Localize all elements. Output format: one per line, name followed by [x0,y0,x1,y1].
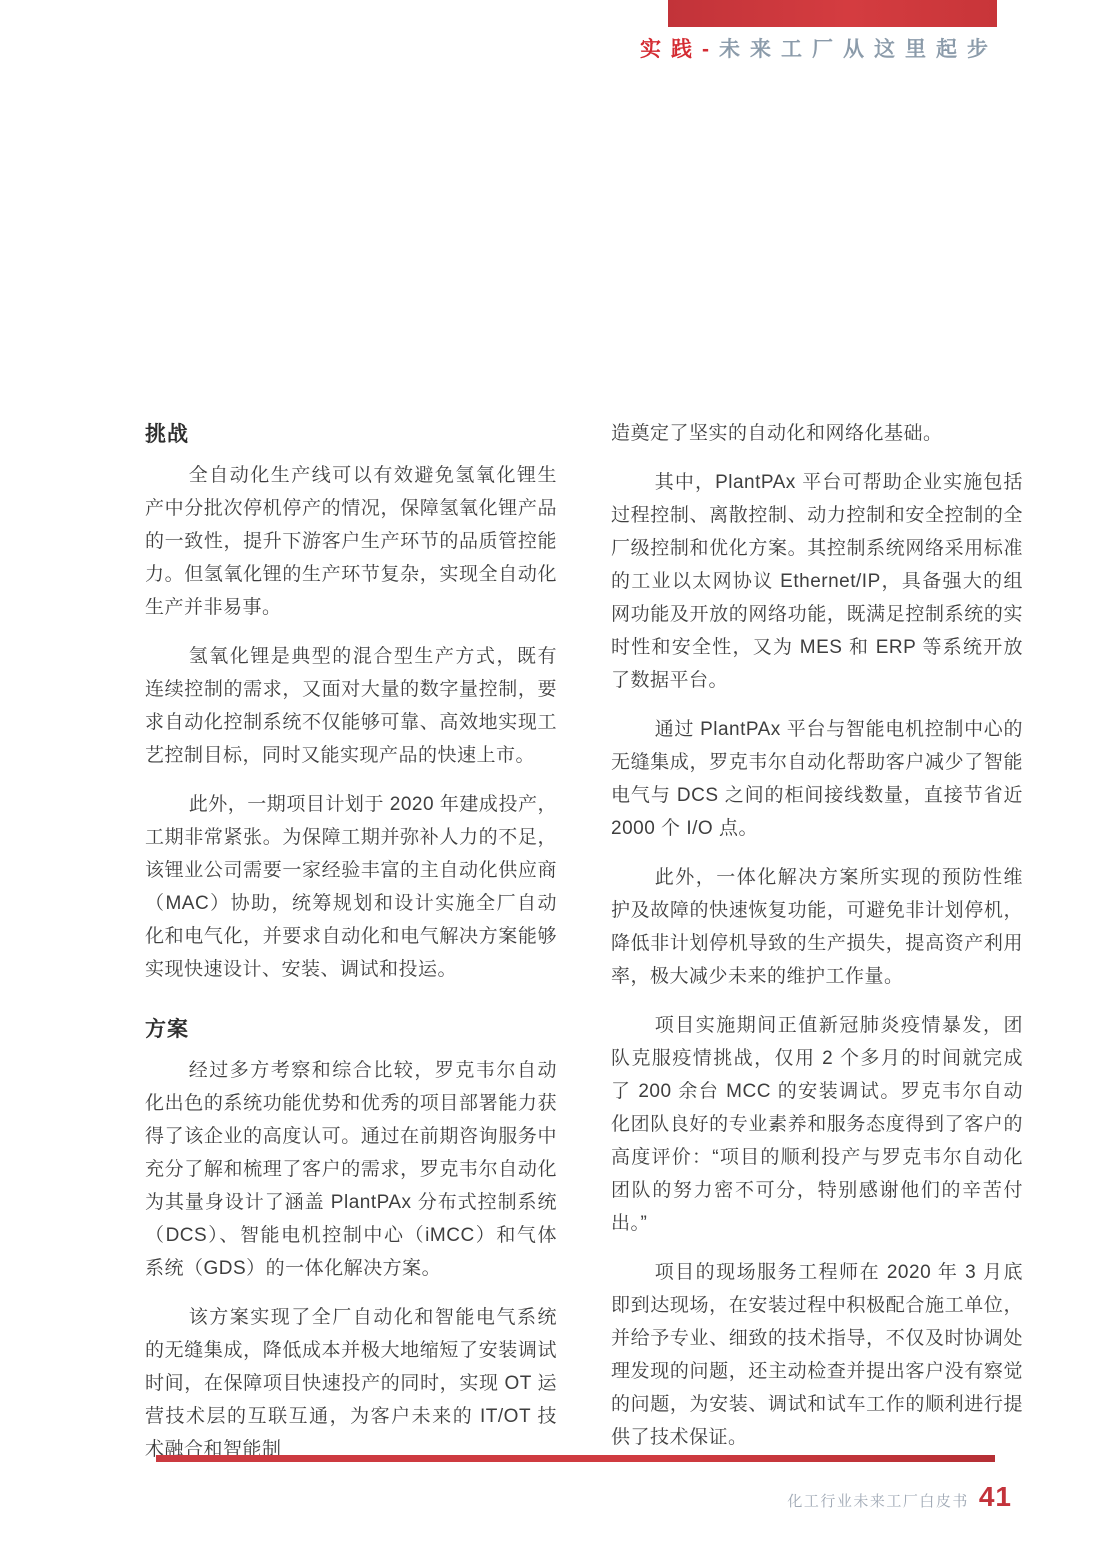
paragraph: 项目实施期间正值新冠肺炎疫情暴发，团队克服疫情挑战，仅用 2 个多月的时间就完成… [611,1009,1023,1240]
paragraph: 该方案实现了全厂自动化和智能电气系统的无缝集成，降低成本并极大地缩短了安装调试时… [145,1301,557,1466]
heading-solution: 方案 [145,1012,557,1048]
right-column: 造奠定了坚实的自动化和网络化基础。 其中，PlantPAx 平台可帮助企业实施包… [611,417,1023,1470]
paragraph: 其中，PlantPAx 平台可帮助企业实施包括过程控制、离散控制、动力控制和安全… [611,466,1023,697]
left-column: 挑战 全自动化生产线可以有效避免氢氧化锂生产中分批次停机停产的情况，保障氢氧化锂… [145,417,557,1482]
paragraph: 通过 PlantPAx 平台与智能电机控制中心的无缝集成，罗克韦尔自动化帮助客户… [611,713,1023,845]
paragraph: 造奠定了坚实的自动化和网络化基础。 [611,417,1023,450]
document-page: 实践-未来工厂从这里起步 挑战 全自动化生产线可以有效避免氢氧化锂生产中分批次停… [0,0,1102,1559]
section-header-highlight: 实践- [640,38,719,61]
footer-red-rule [156,1455,995,1462]
footer-book-title: 化工行业未来工厂白皮书 [787,1490,969,1511]
paragraph: 此外，一体化解决方案所实现的预防性维护及故障的快速恢复功能，可避免非计划停机，降… [611,861,1023,993]
paragraph: 此外，一期项目计划于 2020 年建成投产，工期非常紧张。为保障工期并弥补人力的… [145,788,557,986]
footer: 化工行业未来工厂白皮书 41 [787,1481,1012,1513]
heading-challenge: 挑战 [145,417,557,453]
section-header-rest: 未来工厂从这里起步 [719,38,998,61]
paragraph: 氢氧化锂是典型的混合型生产方式，既有连续控制的需求，又面对大量的数字量控制，要求… [145,640,557,772]
paragraph: 经过多方考察和综合比较，罗克韦尔自动化出色的系统功能优势和优秀的项目部署能力获得… [145,1054,557,1285]
section-gap [145,1002,557,1012]
paragraph: 项目的现场服务工程师在 2020 年 3 月底即到达现场，在安装过程中积极配合施… [611,1256,1023,1454]
paragraph: 全自动化生产线可以有效避免氢氧化锂生产中分批次停机停产的情况，保障氢氧化锂产品的… [145,459,557,624]
header-red-bar [668,0,997,27]
footer-page-number: 41 [979,1481,1012,1513]
section-header: 实践-未来工厂从这里起步 [640,33,998,63]
